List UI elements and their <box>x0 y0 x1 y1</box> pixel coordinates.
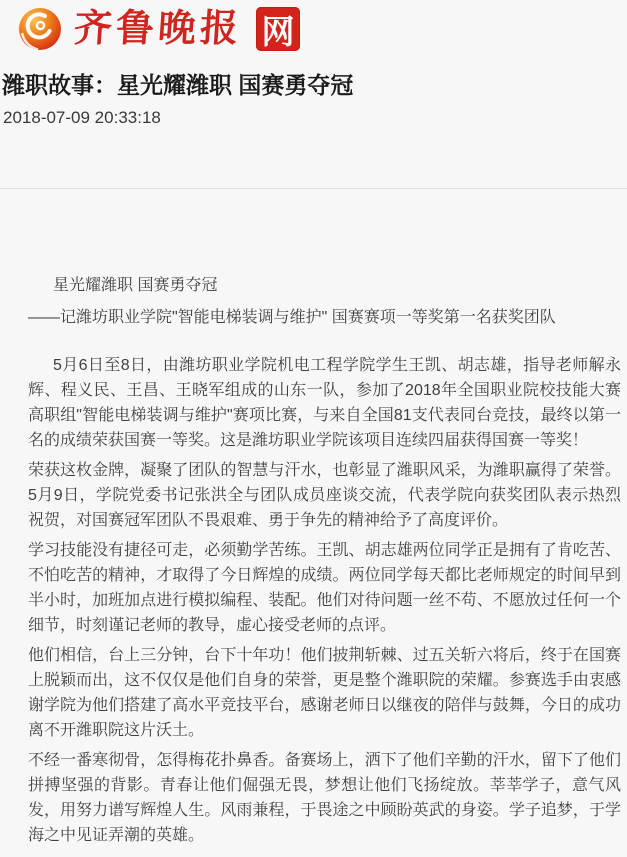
article-paragraph: 5月6日至8日，由潍坊职业学院机电工程学院学生王凯、胡志雄，指导老师解永辉、程义… <box>28 353 621 453</box>
article-body: 星光耀潍职 国赛勇夺冠 ——记潍坊职业学院"智能电梯装调与维护" 国赛赛项一等奖… <box>0 273 627 848</box>
brand-text: 齐鲁晚报 <box>72 7 243 51</box>
article-paragraph: 荣获这枚金牌，凝聚了团队的智慧与汗水，也彰显了潍职风采，为潍职赢得了荣誉。5月9… <box>28 458 621 533</box>
header-divider <box>0 188 627 189</box>
article-title: 潍职故事：星光耀潍职 国赛勇夺冠 <box>2 71 627 99</box>
article-subtitle-line2: ——记潍坊职业学院"智能电梯装调与维护" 国赛赛项一等奖第一名获奖团队 <box>28 305 621 330</box>
swirl-sphere-icon <box>18 7 62 51</box>
article-paragraph: 他们相信，台上三分钟，台下十年功！他们披荆斩棘、过五关斩六将后，终于在国赛上脱颖… <box>28 643 621 743</box>
article-date: 2018-07-09 20:33:18 <box>3 108 627 128</box>
article-subtitle-line1: 星光耀潍职 国赛勇夺冠 <box>28 273 621 298</box>
article-paragraph: 不经一番寒彻骨，怎得梅花扑鼻香。备赛场上，洒下了他们辛勤的汗水，留下了他们拼搏坚… <box>28 748 621 848</box>
article-paragraph: 学习技能没有捷径可走，必须勤学苦练。王凯、胡志雄两位同学正是拥有了肯吃苦、不怕吃… <box>28 538 621 638</box>
web-badge: 网 <box>256 7 300 51</box>
site-logo[interactable]: 齐鲁晚报 网 <box>0 0 627 51</box>
